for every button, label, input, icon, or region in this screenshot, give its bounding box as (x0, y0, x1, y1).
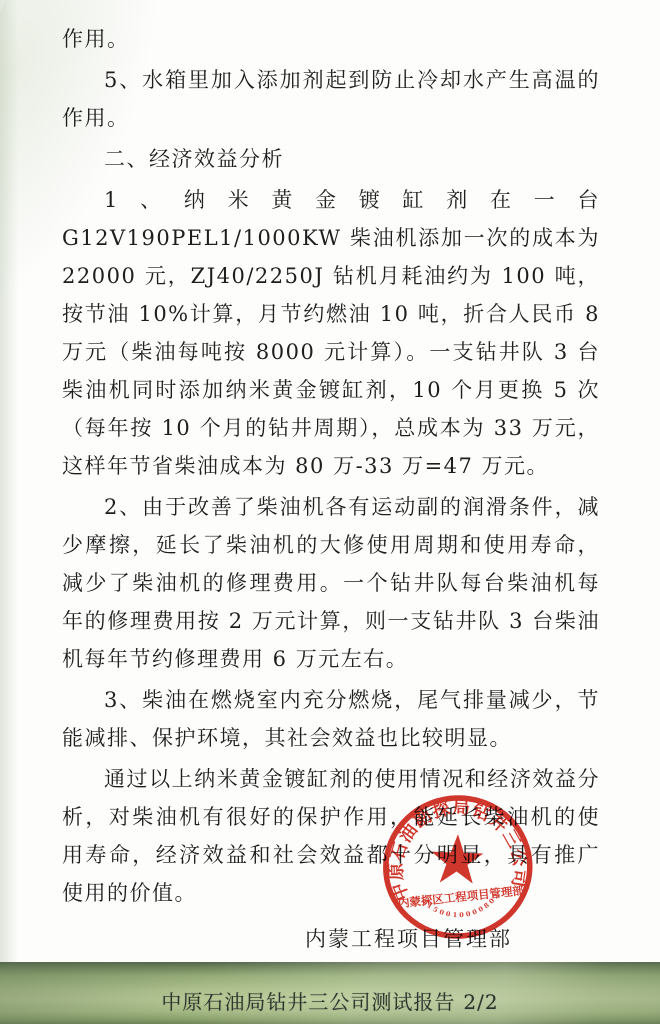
paragraph: 3、柴油在燃烧室内充分燃烧，尾气排量减少，节能减排、保护环境，其社会效益也比较明… (62, 681, 600, 757)
footer-report-title: 中原石油局钻井三公司测试报告 (161, 990, 455, 1014)
paragraph: 5、水箱里加入添加剂起到防止冷却水产生高温的作用。 (62, 61, 600, 137)
section-heading: 二、经济效益分析 (62, 140, 600, 178)
paragraph: 2、由于改善了柴油机各有运动副的润滑条件，减少摩擦，延长了柴油机的大修使用周期和… (62, 488, 600, 678)
document-body: 作用。 5、水箱里加入添加剂起到防止冷却水产生高温的作用。 二、经济效益分析 1… (0, 0, 660, 998)
stamp-center-text: 内蒙探区工程项目管理部 (397, 883, 525, 910)
paragraph: 1、纳米黄金镀缸剂在一台 G12V190PEL1/1000KW 柴油机添加一次的… (62, 181, 600, 485)
footer-title: 中原石油局钻井三公司测试报告2/2 (0, 986, 660, 1015)
official-seal-stamp: 中原石油勘探局钻井三公司 内蒙探区工程项目管理部 4150010000802 (374, 786, 543, 951)
star-icon (430, 833, 484, 884)
paragraph: 作用。 (62, 20, 600, 58)
footer-page-number: 2/2 (463, 990, 498, 1014)
footer-band: 中原石油局钻井三公司测试报告2/2 (0, 962, 660, 1024)
